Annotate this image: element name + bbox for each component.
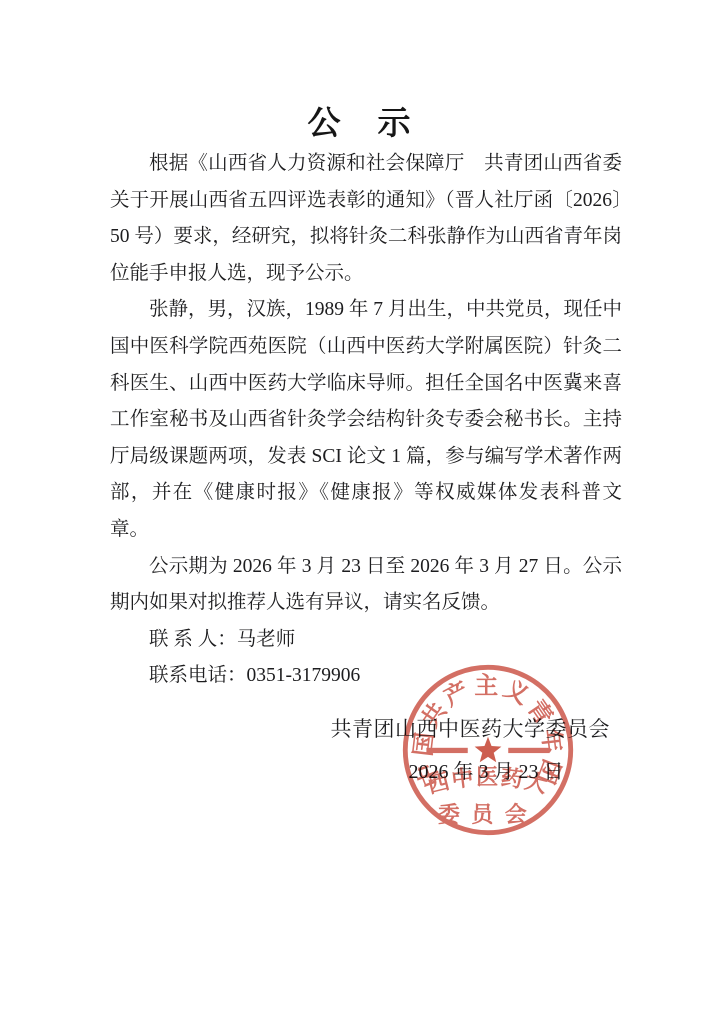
- seal-left-bar: [426, 748, 467, 753]
- seal-committee-text: 委员会: [438, 802, 538, 827]
- paragraph-publicity-period: 公示期为 2026 年 3 月 23 日至 2026 年 3 月 27 日。公示…: [110, 549, 622, 622]
- notice-document-page: 公 示 根据《山西省人力资源和社会保障厅 共青团山西省委关于开展山西省五四评选表…: [0, 0, 720, 1018]
- issue-date: 2026 年 3 月 23 日: [398, 755, 574, 784]
- page-title: 公 示: [0, 97, 720, 144]
- contact-phone-line: 联系电话：0351-3179906: [110, 658, 622, 695]
- paragraph-candidate-profile: 张静，男，汉族，1989 年 7 月出生，中共党员，现任中国中医科学院西苑医院（…: [110, 292, 622, 548]
- issuer-signature: 共青团山西中医药大学委员会: [331, 713, 611, 743]
- document-body: 根据《山西省人力资源和社会保障厅 共青团山西省委关于开展山西省五四评选表彰的通知…: [110, 146, 622, 695]
- contact-person-line: 联 系 人：马老师: [110, 622, 622, 659]
- paragraph-basis: 根据《山西省人力资源和社会保障厅 共青团山西省委关于开展山西省五四评选表彰的通知…: [110, 146, 622, 292]
- seal-right-bar: [508, 748, 549, 753]
